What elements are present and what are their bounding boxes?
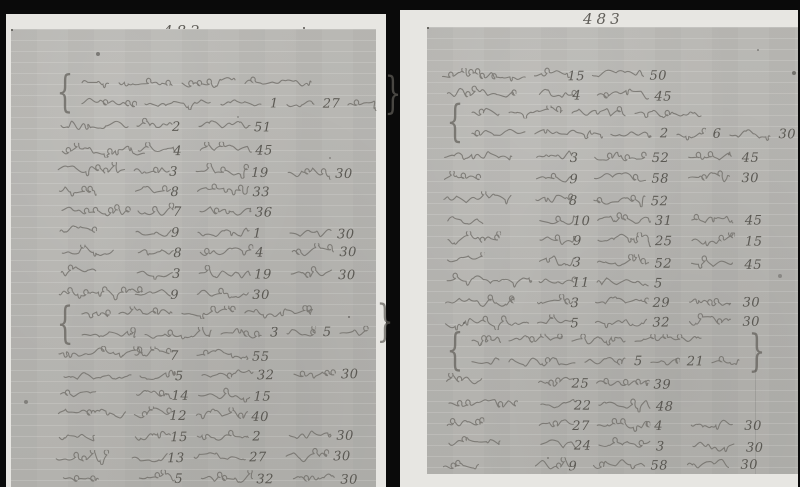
table-row: 95830 [425, 169, 796, 189]
table-cell: 30 [743, 293, 761, 311]
table-cell: 48 [656, 398, 674, 416]
table-cell: 30 [252, 286, 270, 304]
handwritten-word [134, 346, 172, 361]
handwritten-word [196, 347, 250, 363]
handwritten-number: 32 [257, 368, 275, 383]
handwritten-word [293, 365, 337, 380]
handwritten-word [540, 396, 578, 411]
table-cell [288, 427, 332, 447]
handwritten-word [134, 428, 172, 443]
table-cell: 4 [255, 244, 264, 262]
handwritten-number: 50 [649, 69, 667, 84]
table-cell: 45 [255, 141, 273, 159]
table-row: 32930 [427, 293, 798, 312]
handwritten-word [533, 67, 571, 82]
table-cell: 12 [169, 407, 187, 425]
table-row: 2539 [428, 373, 799, 395]
handwritten-word [136, 118, 174, 133]
brace-header-line [81, 302, 369, 322]
table-cell [448, 395, 518, 416]
table-cell [57, 405, 127, 426]
handwritten-number: 52 [654, 257, 672, 272]
handwritten-word [471, 105, 501, 118]
table-row: 92515 [429, 231, 800, 251]
handwritten-word [711, 355, 741, 368]
table-cell [137, 203, 175, 223]
table-cell: 45 [745, 211, 763, 229]
table-cell: 30 [741, 169, 759, 187]
handwritten-word [200, 470, 254, 485]
handwritten-word [81, 327, 137, 340]
handwritten-word [286, 326, 316, 339]
table-cell: 30 [339, 243, 357, 261]
table-cell [134, 428, 172, 448]
handwritten-word [81, 96, 137, 109]
table-cell: 13 [167, 449, 185, 467]
table-cell [596, 417, 650, 437]
handwritten-word [596, 274, 650, 290]
table-cell [133, 162, 171, 182]
table-cell [688, 313, 732, 333]
paper-crease [755, 327, 756, 474]
table-cell [591, 67, 645, 87]
table-cell [198, 118, 252, 138]
handwritten-word [81, 75, 111, 88]
table-cell [537, 374, 575, 394]
table-cell [57, 161, 127, 182]
handwritten-number: 15 [567, 69, 585, 84]
brace-header-line [471, 331, 741, 350]
table-cell: 58 [650, 457, 668, 475]
brace-open: { [57, 72, 74, 112]
brace-header-line [81, 73, 377, 92]
table-cell [592, 457, 646, 477]
table-cell [138, 470, 176, 487]
handwritten-word [538, 253, 576, 269]
handwritten-word [689, 294, 733, 309]
table-cell: 30 [341, 365, 359, 383]
handwritten-number: 7 [173, 205, 182, 220]
handwritten-word [692, 438, 736, 454]
handwritten-word [597, 212, 651, 227]
table-cell [447, 231, 501, 251]
table-cell [690, 255, 734, 276]
table-cell: 5 [175, 367, 184, 385]
table-cell [292, 470, 336, 487]
handwritten-word [537, 294, 575, 309]
handwritten-number: 25 [655, 234, 673, 249]
handwritten-number: 3 [572, 255, 581, 270]
handwritten-word [286, 97, 316, 110]
table-cell [535, 170, 573, 190]
handwritten-word [58, 346, 144, 362]
handwritten-word [81, 306, 111, 319]
handwritten-word [136, 386, 174, 401]
handwritten-word [447, 231, 501, 246]
table-cell [596, 274, 650, 295]
table-row: 35245 [426, 149, 797, 167]
handwritten-word [60, 386, 98, 401]
handwritten-word [133, 406, 171, 421]
handwritten-word [471, 333, 501, 346]
table-cell: 3 [571, 294, 580, 312]
handwritten-number: 7 [170, 349, 179, 364]
handwritten-word [538, 86, 576, 101]
table-row: 115 [428, 272, 799, 294]
handwritten-word [339, 326, 369, 339]
handwritten-word [443, 191, 513, 206]
handwritten-number: 13 [167, 451, 185, 466]
handwritten-number: 30 [335, 167, 353, 182]
manuscript-page-left: 482 {127}2514453193083373691308430319309… [6, 14, 386, 487]
handwritten-number: 11 [572, 276, 590, 291]
handwritten-number: 9 [170, 288, 179, 303]
table-cell [62, 469, 100, 487]
table-cell: 52 [651, 192, 669, 210]
table-cell [195, 407, 249, 428]
handwritten-word [244, 76, 313, 89]
table-cell [199, 203, 253, 223]
table-cell [598, 397, 652, 418]
handwritten-number: 3 [270, 325, 279, 340]
table-cell: 30 [744, 417, 762, 435]
table-cell [58, 183, 96, 203]
table-cell: 11 [572, 274, 590, 292]
handwritten-number: 22 [574, 398, 592, 413]
handwritten-word [61, 244, 115, 259]
table-cell: 51 [254, 118, 272, 136]
table-cell [58, 429, 96, 449]
handwritten-word [58, 183, 96, 198]
table-cell [131, 449, 169, 469]
handwritten-word [571, 106, 627, 119]
handwritten-word [144, 97, 213, 110]
table-row: 9130 [11, 222, 376, 243]
handwritten-word [201, 366, 255, 382]
handwritten-word [597, 232, 651, 247]
handwritten-word [199, 244, 253, 259]
table-cell [593, 170, 647, 190]
table-row: 2248 [430, 395, 800, 418]
brace-header-line: 521 [471, 352, 741, 371]
table-cell [447, 212, 485, 232]
handwritten-number: 30 [333, 449, 351, 464]
table-cell: 2 [252, 427, 261, 445]
handwritten-word [58, 429, 96, 444]
handwritten-word [571, 334, 627, 347]
table-cell: 45 [744, 256, 762, 274]
table-cell: 29 [653, 294, 671, 312]
brace-group: {2630} [441, 102, 753, 144]
handwritten-word [595, 294, 649, 309]
handwritten-word [289, 225, 333, 240]
table-cell: 39 [653, 375, 671, 393]
handwritten-word [540, 436, 578, 451]
handwritten-word [287, 164, 331, 180]
handwritten-word [61, 202, 131, 217]
table-cell [534, 457, 572, 477]
table-cell [137, 142, 175, 162]
handwritten-word [534, 126, 603, 139]
table-cell: 9 [171, 224, 180, 242]
handwritten-word [446, 373, 484, 388]
handwritten-number: 5 [323, 325, 332, 340]
handwritten-word [220, 97, 263, 110]
table-cell [139, 367, 177, 387]
table-cell [691, 212, 735, 232]
handwritten-word [610, 127, 653, 140]
handwritten-number: 1 [270, 96, 279, 111]
handwritten-word [292, 470, 336, 485]
handwritten-number: 36 [255, 205, 273, 220]
table-cell: 3 [172, 265, 181, 283]
handwritten-word [446, 417, 484, 432]
handwritten-word [133, 162, 171, 177]
handwritten-word [197, 224, 251, 239]
handwritten-word [138, 470, 176, 485]
page-number: 483 [583, 10, 624, 28]
table-row: 103145 [429, 211, 800, 230]
handwritten-number: 30 [339, 245, 357, 260]
handwritten-word [195, 407, 249, 423]
table-cell [444, 149, 514, 169]
dust-specks [11, 29, 13, 31]
handwritten-number: 19 [251, 166, 269, 181]
handwritten-word [596, 254, 650, 270]
table-cell: 4 [654, 417, 663, 435]
handwritten-word [288, 427, 332, 442]
table-cell [537, 294, 575, 314]
table-row: 1415 [12, 385, 377, 407]
table-row: 31930 [9, 161, 374, 183]
handwritten-number: 5 [654, 276, 663, 291]
brace-group: {521} [441, 330, 753, 371]
handwritten-word [596, 87, 650, 103]
page-sheet: {127}251445319308337369130843031930930{3… [11, 29, 376, 487]
handwritten-word [137, 244, 175, 259]
handwritten-number: 52 [652, 151, 670, 166]
table-cell [538, 253, 576, 274]
table-cell [285, 447, 329, 467]
handwritten-word [508, 333, 564, 346]
handwritten-number: 51 [254, 120, 272, 135]
handwritten-word [444, 149, 514, 164]
handwritten-word [634, 106, 703, 119]
handwritten-word [538, 273, 576, 288]
handwritten-number: 40 [251, 410, 269, 425]
handwritten-number: 5 [174, 472, 183, 487]
table-cell [597, 232, 651, 252]
table-cell [199, 142, 253, 162]
table-row: 755 [10, 345, 375, 367]
handwritten-table: {127}251445319308337369130843031930930{3… [11, 29, 376, 487]
handwritten-number: 9 [573, 234, 582, 249]
handwritten-word [61, 142, 147, 158]
table-cell: 9 [568, 457, 577, 475]
table-cell: 22 [574, 396, 592, 414]
handwritten-word [193, 448, 247, 464]
table-cell [538, 417, 576, 437]
table-row: 15230 [10, 426, 375, 447]
handwritten-number: 9 [568, 459, 577, 474]
table-cell: 27 [249, 448, 267, 466]
handwritten-word [118, 306, 174, 319]
handwritten-word [181, 76, 237, 89]
handwritten-word [539, 212, 577, 227]
handwritten-word [508, 105, 564, 118]
handwritten-word [55, 450, 109, 466]
handwritten-number: 45 [744, 258, 762, 273]
handwritten-word [244, 305, 313, 318]
table-cell: 30 [338, 266, 356, 284]
brace-close: } [749, 332, 766, 372]
table-cell [136, 265, 174, 285]
table-cell [59, 386, 97, 406]
table-row: 1240 [9, 405, 374, 428]
table-cell: 19 [251, 164, 269, 182]
handwritten-word [291, 243, 335, 258]
table-cell: 15 [745, 233, 763, 251]
table-cell [445, 373, 483, 393]
table-cell: 32 [257, 366, 275, 384]
handwritten-number: 5 [175, 369, 184, 384]
handwritten-word [139, 367, 177, 382]
handwritten-word [447, 212, 485, 227]
table-cell [443, 191, 513, 211]
handwritten-number: 24 [574, 438, 592, 453]
table-row: 95830 [424, 455, 795, 476]
handwritten-word [144, 327, 213, 340]
brace-header-line: 2630 [471, 123, 800, 143]
table-cell: 2 [172, 118, 181, 136]
handwritten-word [134, 183, 172, 198]
handwritten-number: 30 [341, 367, 359, 382]
handwritten-word [508, 354, 577, 367]
table-cell: 3 [572, 253, 581, 271]
handwritten-word [594, 314, 648, 329]
handwritten-word [196, 286, 250, 301]
handwritten-word [690, 417, 734, 432]
table-cell: 30 [340, 471, 358, 487]
brace-close: } [376, 302, 393, 342]
handwritten-number: 5 [634, 354, 643, 369]
table-cell: 30 [333, 447, 351, 465]
handwritten-number: 32 [256, 472, 274, 487]
handwritten-word [199, 142, 253, 157]
handwritten-word [594, 149, 648, 164]
handwritten-number: 55 [252, 350, 270, 365]
table-cell [193, 448, 247, 469]
table-row: 445 [13, 141, 378, 162]
handwritten-word [442, 458, 480, 473]
table-cell [133, 406, 171, 426]
handwritten-word [691, 212, 735, 227]
table-cell: 19 [254, 265, 272, 283]
handwritten-number: 10 [573, 214, 591, 229]
handwritten-number: 2 [252, 429, 261, 444]
table-cell: 4 [173, 142, 182, 160]
table-row: 24330 [430, 435, 800, 458]
table-cell [196, 183, 250, 203]
table-cell: 27 [572, 417, 590, 435]
table-cell: 7 [170, 347, 179, 365]
table-cell: 1 [253, 224, 262, 242]
handwritten-word [290, 266, 334, 281]
handwritten-word [131, 449, 169, 464]
brace-header-line: 127 [81, 94, 377, 113]
table-cell [201, 366, 255, 387]
handwritten-word [135, 224, 173, 239]
handwritten-word [728, 128, 771, 141]
handwritten-number: 27 [323, 96, 341, 111]
brace-header-lines: 2630 [469, 102, 800, 143]
table-cell: 33 [252, 183, 270, 201]
table-cell: 25 [655, 232, 673, 250]
table-cell: 15 [254, 388, 272, 406]
handwritten-word [598, 397, 652, 413]
table-cell [134, 346, 172, 366]
handwritten-number: 45 [745, 213, 763, 228]
table-cell [690, 417, 734, 437]
table-cell [135, 224, 173, 244]
brace-header-line: 35 [81, 323, 369, 343]
handwritten-word [195, 163, 249, 179]
table-cell: 32 [652, 313, 670, 331]
handwritten-word [347, 98, 377, 111]
table-cell [289, 225, 333, 245]
table-cell [291, 243, 335, 263]
handwritten-word [688, 313, 732, 328]
page-sheet: 1550445{2630}352459583085210314592515352… [427, 27, 798, 474]
handwritten-word [445, 294, 515, 309]
handwritten-number: 48 [656, 400, 674, 415]
handwritten-number: 32 [652, 315, 670, 330]
handwritten-number: 12 [169, 409, 187, 424]
handwritten-word [650, 355, 680, 368]
handwritten-number: 27 [572, 419, 590, 434]
handwritten-number: 9 [171, 226, 180, 241]
handwritten-number: 8 [569, 194, 578, 209]
handwritten-word [62, 469, 100, 484]
handwritten-number: 58 [650, 459, 668, 474]
handwritten-number: 19 [254, 267, 272, 282]
manuscript-scan: 482 {127}2514453193083373691308430319309… [0, 0, 800, 487]
handwritten-word [198, 265, 252, 280]
table-cell [540, 436, 578, 456]
table-cell [448, 435, 502, 456]
table-row: 53230 [15, 365, 380, 387]
table-cell: 55 [252, 348, 270, 366]
table-cell [595, 375, 649, 396]
handwritten-number: 15 [170, 430, 188, 445]
handwritten-word [60, 264, 98, 279]
table-cell: 36 [255, 203, 273, 221]
brace-open: { [446, 102, 463, 142]
handwritten-word [596, 417, 650, 432]
table-cell [442, 458, 480, 478]
brace-header-line [471, 102, 800, 122]
handwritten-word [448, 395, 518, 411]
table-cell [538, 273, 576, 293]
table-cell: 5 [654, 274, 663, 292]
handwritten-word [57, 405, 127, 421]
handwritten-word [686, 456, 730, 471]
table-cell [61, 142, 147, 163]
handwritten-word [535, 192, 573, 207]
handwritten-word [137, 203, 175, 218]
handwritten-number: 9 [569, 172, 578, 187]
table-cell [287, 164, 331, 185]
